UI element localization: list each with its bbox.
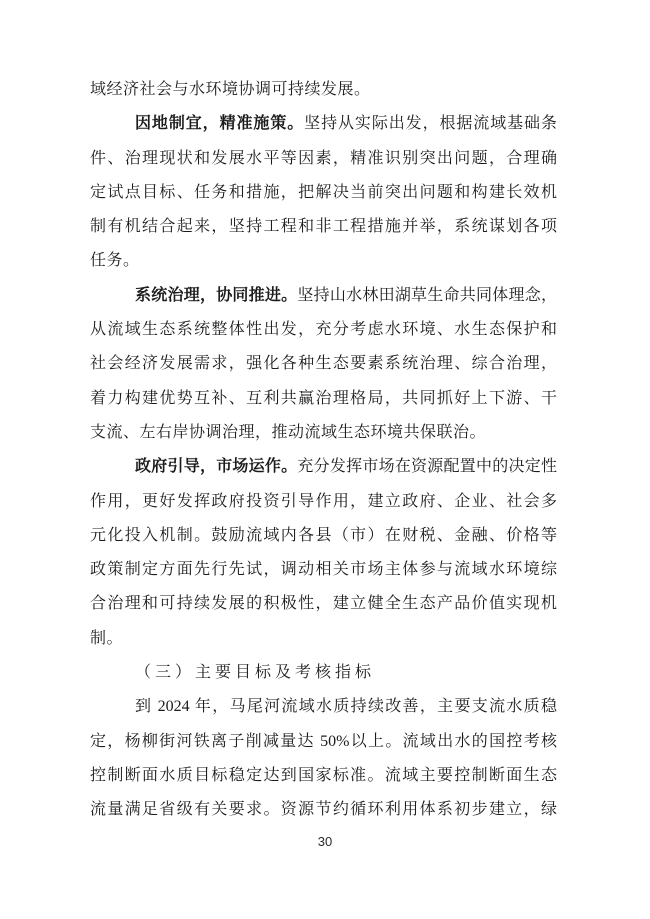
text-line: 定试点目标、任务和措施，把解决当前突出问题和构建长效机: [90, 176, 557, 210]
text-line: 域经济社会与水环境协调可持续发展。: [90, 73, 557, 107]
text-line: 任务。: [90, 244, 557, 278]
text-line: 控制断面水质目标稳定达到国家标准。流域主要控制断面生态: [90, 759, 557, 793]
text-line: 到 2024 年，马尾河流域水质持续改善，主要支流水质稳: [90, 690, 557, 724]
line-text: 坚持山水林田湖草生命共同体理念，: [297, 287, 557, 304]
text-line: 制。: [90, 622, 557, 656]
text-line: 流量满足省级有关要求。资源节约循环利用体系初步建立，绿: [90, 793, 557, 827]
text-line: 定，杨柳街河铁离子削减量达 50%以上。流域出水的国控考核: [90, 725, 557, 759]
text-line: 作用，更好发挥政府投资引导作用，建立政府、企业、社会多: [90, 485, 557, 519]
text-line: 从流域生态系统整体性出发，充分考虑水环境、水生态保护和: [90, 313, 557, 347]
text-line: 件、治理现状和发展水平等因素，精准识别突出问题，合理确: [90, 142, 557, 176]
text-line: 系统治理，协同推进。坚持山水林田湖草生命共同体理念，: [90, 279, 557, 313]
text-line: 政策制定方面先行先试，调动相关市场主体参与流域水环境综: [90, 553, 557, 587]
text-line: 因地制宜，精准施策。坚持从实际出发，根据流域基础条: [90, 107, 557, 141]
text-line: 制有机结合起来，坚持工程和非工程措施并举，系统谋划各项: [90, 210, 557, 244]
text-line: 元化投入机制。鼓励流域内各县（市）在财税、金融、价格等: [90, 519, 557, 553]
line-text: 坚持从实际出发，根据流域基础条: [304, 115, 557, 132]
line-text: 充分发挥市场在资源配置中的决定性: [297, 458, 557, 475]
text-line: 着力构建优势互补、互利共赢治理格局，共同抓好上下游、干: [90, 382, 557, 416]
text-line: 社会经济发展需求，强化各种生态要素系统治理、综合治理，: [90, 347, 557, 381]
text-line: 支流、左右岸协调治理，推动流域生态环境共保联治。: [90, 416, 557, 450]
page-number: 30: [0, 834, 650, 849]
text-line: 合治理和可持续发展的积极性，建立健全生态产品价值实现机: [90, 587, 557, 621]
section-heading: （三）主要目标及考核指标: [90, 656, 557, 690]
paragraph-lead: 因地制宜，精准施策。: [135, 115, 304, 132]
text-line: 政府引导，市场运作。充分发挥市场在资源配置中的决定性: [90, 450, 557, 484]
paragraph-lead: 政府引导，市场运作。: [135, 458, 297, 475]
paragraph-lead: 系统治理，协同推进。: [135, 287, 297, 304]
document-page: 域经济社会与水环境协调可持续发展。 因地制宜，精准施策。坚持从实际出发，根据流域…: [0, 0, 650, 919]
document-body: 域经济社会与水环境协调可持续发展。 因地制宜，精准施策。坚持从实际出发，根据流域…: [90, 73, 557, 828]
